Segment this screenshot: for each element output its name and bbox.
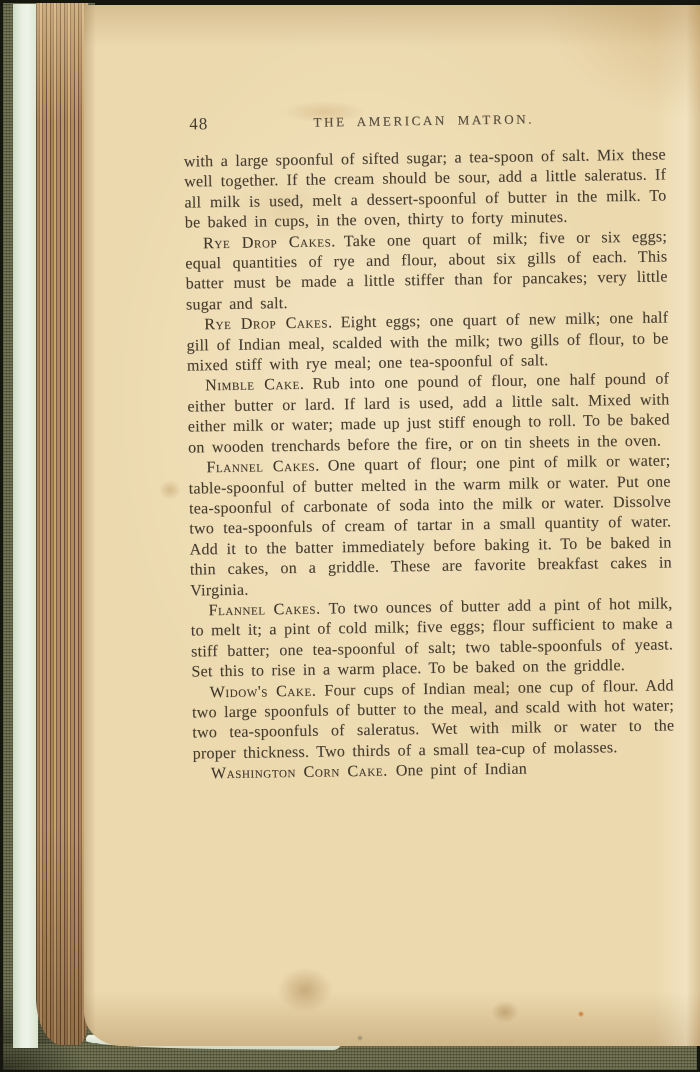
recipe-heading: Rye Drop Cakes.	[203, 233, 336, 252]
recipe-heading: Flannel Cakes.	[206, 458, 320, 477]
running-header: THE AMERICAN MATRON.	[183, 109, 664, 132]
page-edge-stack	[36, 3, 88, 1045]
recipe-paragraph: Rye Drop Cakes.Take one quart of milk; f…	[185, 227, 668, 316]
book-cover-bottom	[3, 1044, 697, 1070]
recipe-paragraph: Rye Drop Cakes.Eight eggs; one quart of …	[186, 309, 669, 377]
book-page: 48 THE AMERICAN MATRON. with a large spo…	[84, 5, 700, 1046]
recipe-heading: Widow's Cake.	[210, 682, 317, 701]
page-header: 48 THE AMERICAN MATRON.	[183, 99, 664, 136]
recipe-text: with a large spoonful of sifted sugar; a…	[184, 146, 667, 231]
recipe-heading: Nimble Cake.	[205, 376, 305, 394]
page-body: with a large spoonful of sifted sugar; a…	[184, 145, 675, 785]
endpaper-edge	[13, 4, 38, 1048]
book-photo: 48 THE AMERICAN MATRON. with a large spo…	[0, 0, 700, 1072]
recipe-paragraph: Flannel Cakes.One quart of flour; one pi…	[188, 451, 672, 601]
recipe-paragraph: with a large spoonful of sifted sugar; a…	[184, 145, 667, 234]
recipe-heading: Rye Drop Cakes.	[204, 315, 333, 334]
recipe-heading: Flannel Cakes.	[208, 601, 320, 620]
page-text: 48 THE AMERICAN MATRON. with a large spo…	[183, 99, 674, 785]
recipe-paragraph: Flannel Cakes.To two ounces of butter ad…	[190, 594, 673, 683]
recipe-text: One pint of Indian	[396, 761, 527, 780]
recipe-heading: Washington Corn Cake.	[211, 763, 388, 783]
recipe-paragraph: Nimble Cake.Rub into one pound of flour,…	[187, 370, 670, 459]
recipe-paragraph: Widow's Cake.Four cups of Indian meal; o…	[192, 676, 675, 765]
